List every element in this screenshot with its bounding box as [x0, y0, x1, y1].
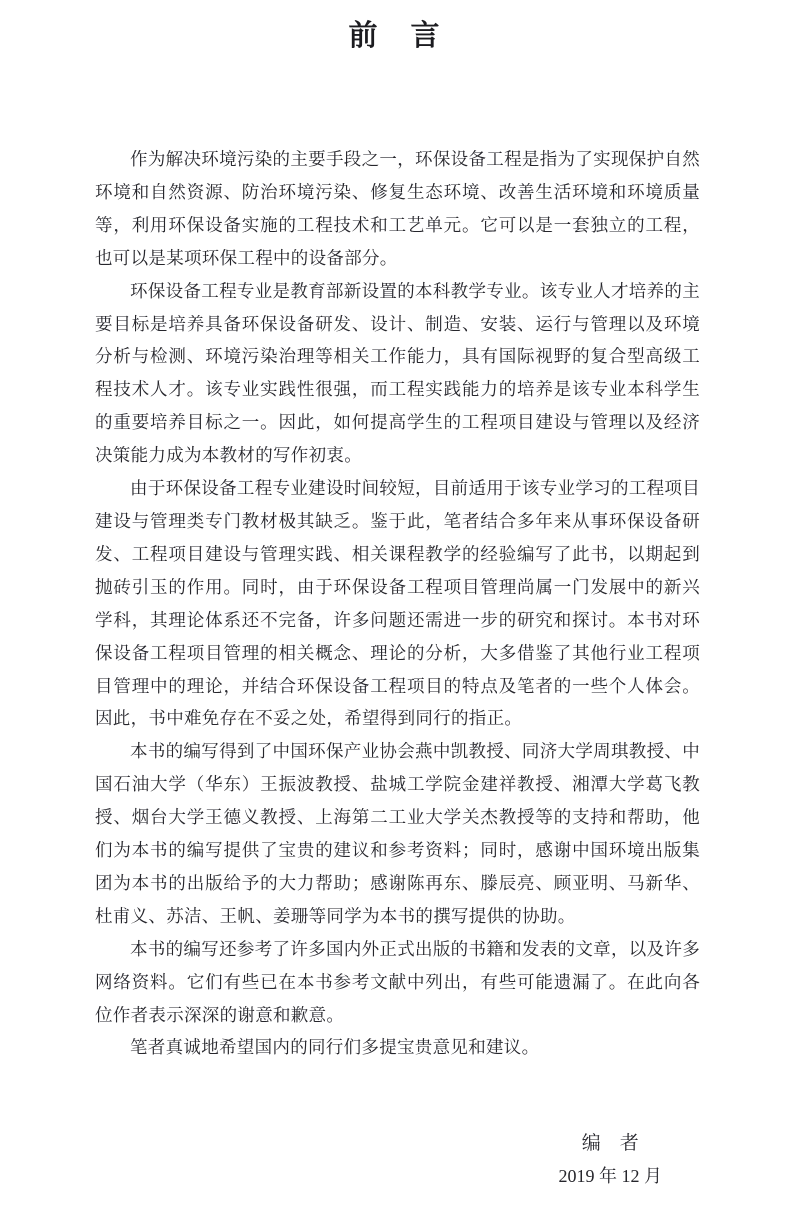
- preface-page: 前 言 作为解决环境污染的主要手段之一，环保设备工程是指为了实现保护自然环境和自…: [0, 0, 790, 1215]
- author-signature: 编 者: [559, 1128, 663, 1160]
- paragraph-writing-motivation: 由于环保设备工程专业建设时间较短，目前适用于该专业学习的工程项目建设与管理类专门…: [95, 472, 700, 735]
- page-title: 前 言: [0, 0, 790, 54]
- preface-body: 作为解决环境污染的主要手段之一，环保设备工程是指为了实现保护自然环境和自然资源、…: [95, 143, 700, 1064]
- signature-block: 编 者 2019 年 12 月: [559, 1128, 663, 1192]
- paragraph-acknowledgements: 本书的编写得到了中国环保产业协会燕中凯教授、同济大学周琪教授、中国石油大学（华东…: [95, 735, 700, 932]
- paragraph-intro: 作为解决环境污染的主要手段之一，环保设备工程是指为了实现保护自然环境和自然资源、…: [95, 143, 700, 275]
- paragraph-references-note: 本书的编写还参考了许多国内外正式出版的书籍和发表的文章，以及许多网络资料。它们有…: [95, 933, 700, 1032]
- paragraph-major-goal: 环保设备工程专业是教育部新设置的本科教学专业。该专业人才培养的主要目标是培养具备…: [95, 275, 700, 472]
- publication-date: 2019 年 12 月: [559, 1160, 663, 1192]
- paragraph-closing: 笔者真诚地希望国内的同行们多提宝贵意见和建议。: [95, 1031, 700, 1064]
